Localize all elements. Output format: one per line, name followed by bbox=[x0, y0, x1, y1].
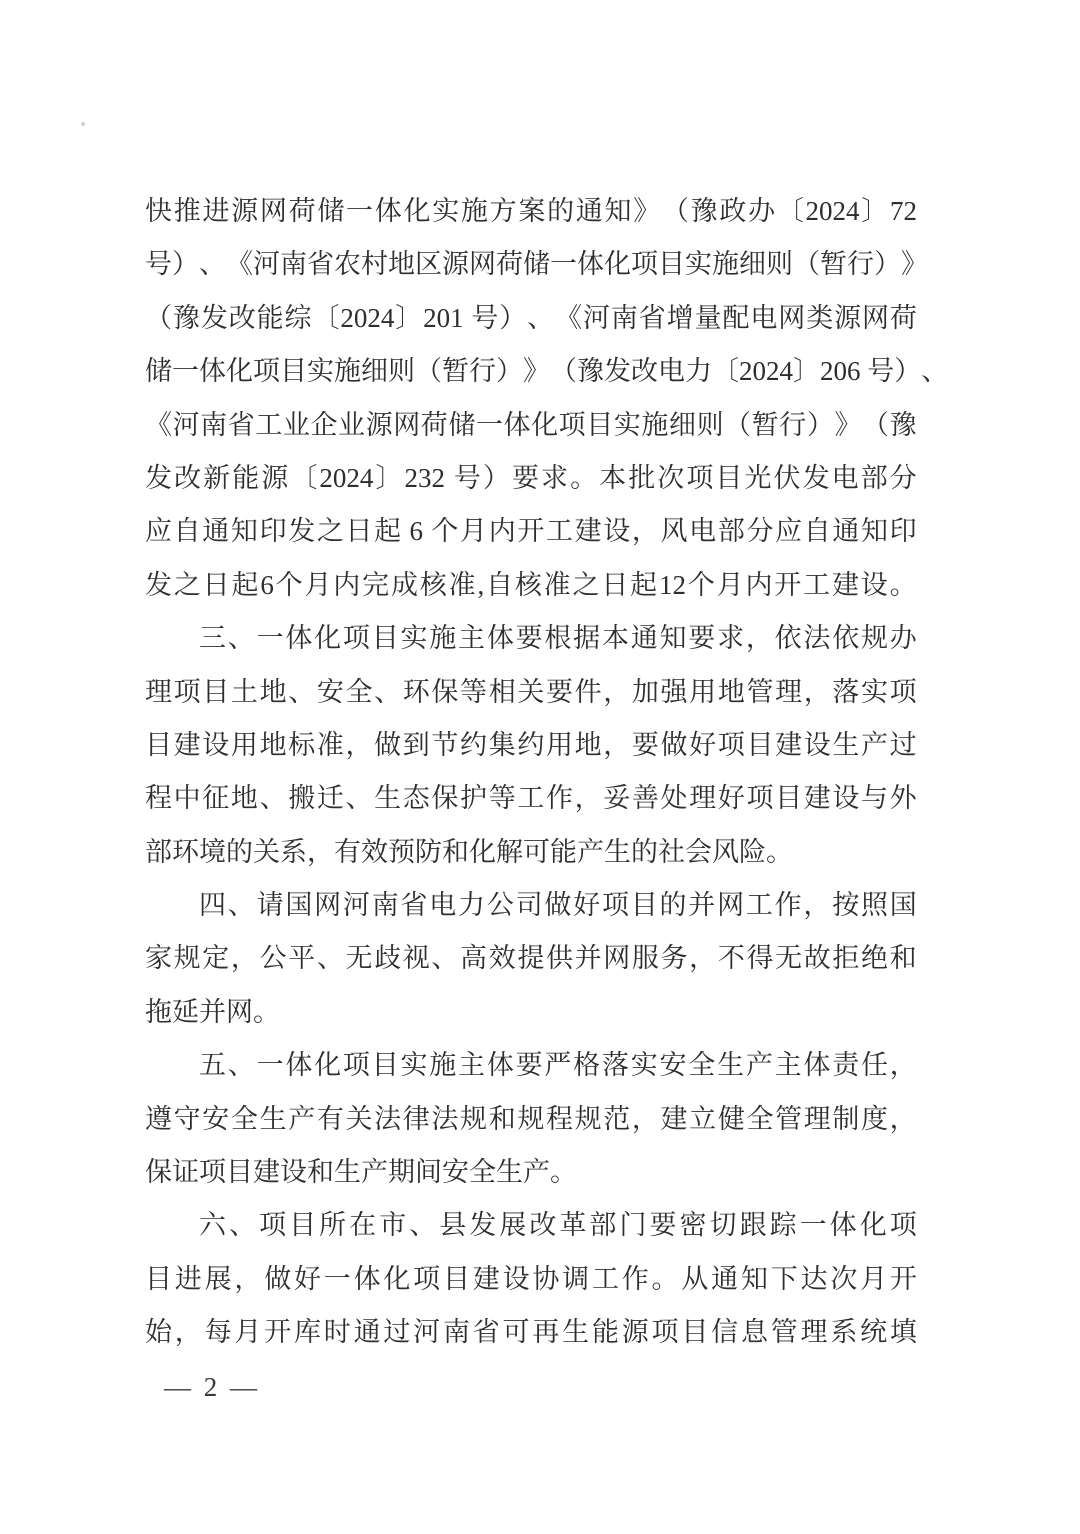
text-line: 储一体化项目实施细则（暂行）》（豫发改电力〔2024〕206 号）、 bbox=[145, 345, 917, 398]
text-line: 发之日起6个月内完成核准,自核准之日起12个月内开工建设。 bbox=[145, 559, 917, 612]
text-line: 始，每月开库时通过河南省可再生能源项目信息管理系统填 bbox=[145, 1306, 917, 1359]
text-line: （豫发改能综〔2024〕201 号）、《河南省增量配电网类源网荷 bbox=[145, 292, 917, 345]
text-line: 拖延并网。 bbox=[145, 986, 917, 1039]
text-line: 五、一体化项目实施主体要严格落实安全生产主体责任， bbox=[145, 1039, 917, 1092]
document-page: 快推进源网荷储一体化实施方案的通知》（豫政办〔2024〕72号）、《河南省农村地… bbox=[0, 0, 1080, 1534]
text-line: 六、项目所在市、县发展改革部门要密切跟踪一体化项 bbox=[145, 1199, 917, 1252]
text-line: 号）、《河南省农村地区源网荷储一体化项目实施细则（暂行）》 bbox=[145, 238, 917, 291]
scan-artifact-dot bbox=[81, 122, 85, 126]
text-line: 程中征地、搬迁、生态保护等工作，妥善处理好项目建设与外 bbox=[145, 772, 917, 825]
text-line: 《河南省工业企业源网荷储一体化项目实施细则（暂行）》（豫 bbox=[145, 399, 917, 452]
text-line: 四、请国网河南省电力公司做好项目的并网工作，按照国 bbox=[145, 879, 917, 932]
page-number: — 2 — bbox=[164, 1367, 260, 1407]
document-body: 快推进源网荷储一体化实施方案的通知》（豫政办〔2024〕72号）、《河南省农村地… bbox=[145, 185, 917, 1360]
text-line: 部环境的关系，有效预防和化解可能产生的社会风险。 bbox=[145, 826, 917, 879]
text-line: 三、一体化项目实施主体要根据本通知要求，依法依规办 bbox=[145, 612, 917, 665]
text-line: 遵守安全生产有关法律法规和规程规范，建立健全管理制度， bbox=[145, 1093, 917, 1146]
text-line: 目建设用地标准，做到节约集约用地，要做好项目建设生产过 bbox=[145, 719, 917, 772]
text-line: 家规定，公平、无歧视、高效提供并网服务，不得无故拒绝和 bbox=[145, 932, 917, 985]
text-line: 目进展，做好一体化项目建设协调工作。从通知下达次月开 bbox=[145, 1253, 917, 1306]
text-line: 快推进源网荷储一体化实施方案的通知》（豫政办〔2024〕72 bbox=[145, 185, 917, 238]
text-line: 发改新能源〔2024〕232 号）要求。本批次项目光伏发电部分 bbox=[145, 452, 917, 505]
text-line: 保证项目建设和生产期间安全生产。 bbox=[145, 1146, 917, 1199]
text-line: 应自通知印发之日起 6 个月内开工建设，风电部分应自通知印 bbox=[145, 505, 917, 558]
text-line: 理项目土地、安全、环保等相关要件，加强用地管理，落实项 bbox=[145, 666, 917, 719]
